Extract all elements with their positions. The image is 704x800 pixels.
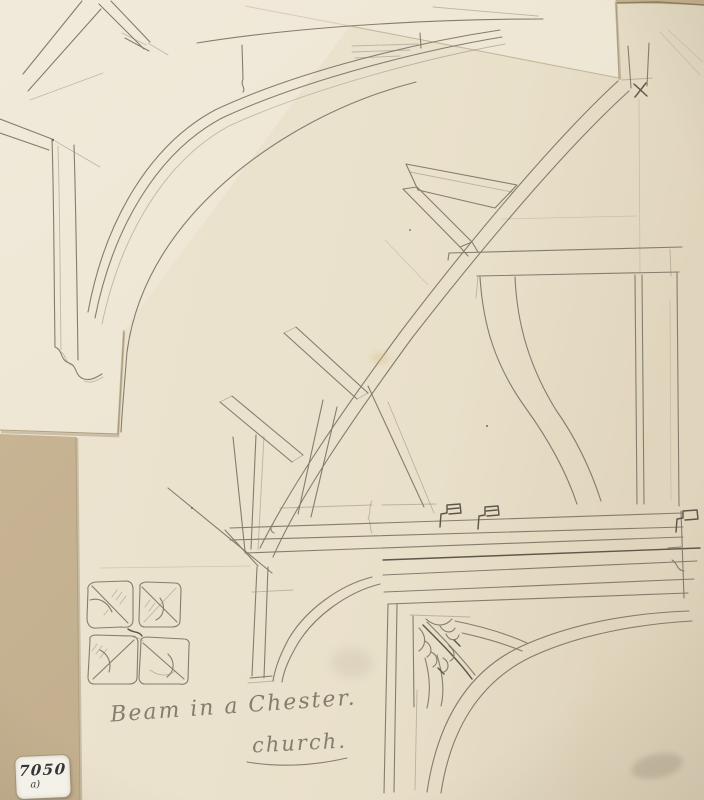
sticker-number: 7050 [15, 762, 70, 779]
scanned-sketch-page: Beam in a Chester. church. 7050 a) [0, 0, 704, 800]
sketch-strokes [0, 0, 704, 800]
sticker-suffix: a) [30, 779, 70, 791]
photo-vignette [0, 0, 704, 800]
catalog-sticker: 7050 a) [15, 755, 71, 799]
